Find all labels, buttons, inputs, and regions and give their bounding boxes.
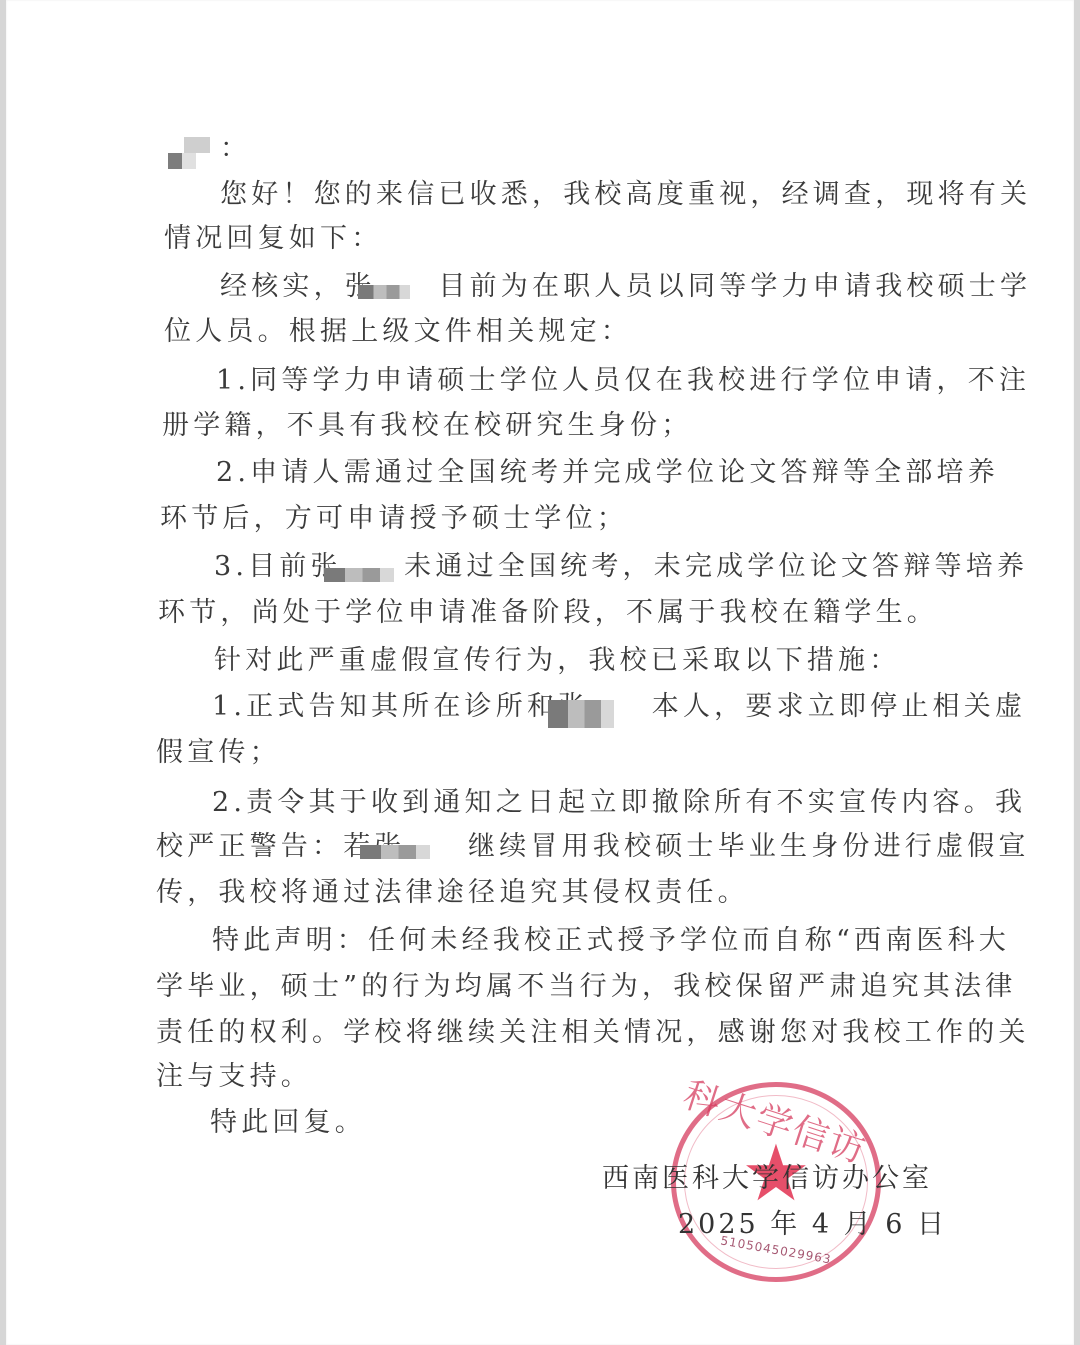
declaration-line-3: 责任的权利。学校将继续关注相关情况，感谢您对我校工作的关 bbox=[156, 1016, 1030, 1050]
measure-1-line-2: 假宣传； bbox=[156, 736, 281, 770]
paragraph-verification-line-1: 经核实，张 目前为在职人员以同等学力申请我校硕士学 bbox=[220, 270, 1031, 304]
measure-2-line-2: 校严正警告：若张 继续冒用我校硕士毕业生身份进行虚假宣 bbox=[156, 830, 1030, 864]
redacted-name bbox=[548, 700, 614, 728]
redacted-name bbox=[358, 285, 410, 299]
measure-2-line-3: 传，我校将通过法律途径追究其侵权责任。 bbox=[156, 876, 749, 910]
signature-date: 2025 年 4 月 6 日 bbox=[678, 1202, 947, 1241]
salutation-colon: ： bbox=[220, 132, 251, 166]
measure-2-line-1: 2.责令其于收到通知之日起立即撤除所有不实宣传内容。我 bbox=[212, 786, 1026, 820]
signature-office: 西南医科大学信访办公室 bbox=[602, 1156, 932, 1195]
declaration-line-4: 注与支持。 bbox=[156, 1060, 312, 1094]
declaration-line-2: 学毕业，硕士”的行为均属不当行为，我校保留严肃追究其法律 bbox=[156, 970, 1016, 1004]
rule-1-line-2: 册学籍，不具有我校在校研究生身份； bbox=[162, 409, 692, 443]
rule-1-line-1: 1.同等学力申请硕士学位人员仅在我校进行学位申请，不注 bbox=[216, 364, 1030, 398]
declaration-line-1: 特此声明：任何未经我校正式授予学位而自称“西南医科大 bbox=[212, 924, 1010, 958]
paragraph-greeting-line-1: 您好！您的来信已收悉，我校高度重视，经调查，现将有关 bbox=[220, 178, 1031, 212]
redacted-recipient-name bbox=[166, 137, 214, 169]
closing-remark: 特此回复。 bbox=[210, 1106, 366, 1140]
rule-3-line-2: 环节，尚处于学位申请准备阶段，不属于我校在籍学生。 bbox=[158, 596, 938, 630]
letter-page: ： 您好！您的来信已收悉，我校高度重视，经调查，现将有关 情况回复如下： 经核实… bbox=[6, 0, 1074, 1345]
rule-2-line-1: 2.申请人需通过全国统考并完成学位论文答辩等全部培养 bbox=[216, 456, 999, 490]
measure-1-line-1: 1.正式告知其所在诊所和张 本人，要求立即停止相关虚 bbox=[212, 690, 1026, 724]
paragraph-greeting-line-2: 情况回复如下： bbox=[164, 222, 382, 256]
paragraph-verification-line-2: 位人员。根据上级文件相关规定： bbox=[164, 315, 632, 349]
rule-2-line-2: 环节后，方可申请授予硕士学位； bbox=[160, 502, 628, 536]
redacted-name bbox=[324, 568, 394, 582]
redacted-name bbox=[360, 845, 430, 859]
measures-intro: 针对此严重虚假宣传行为，我校已采取以下措施： bbox=[214, 644, 900, 678]
